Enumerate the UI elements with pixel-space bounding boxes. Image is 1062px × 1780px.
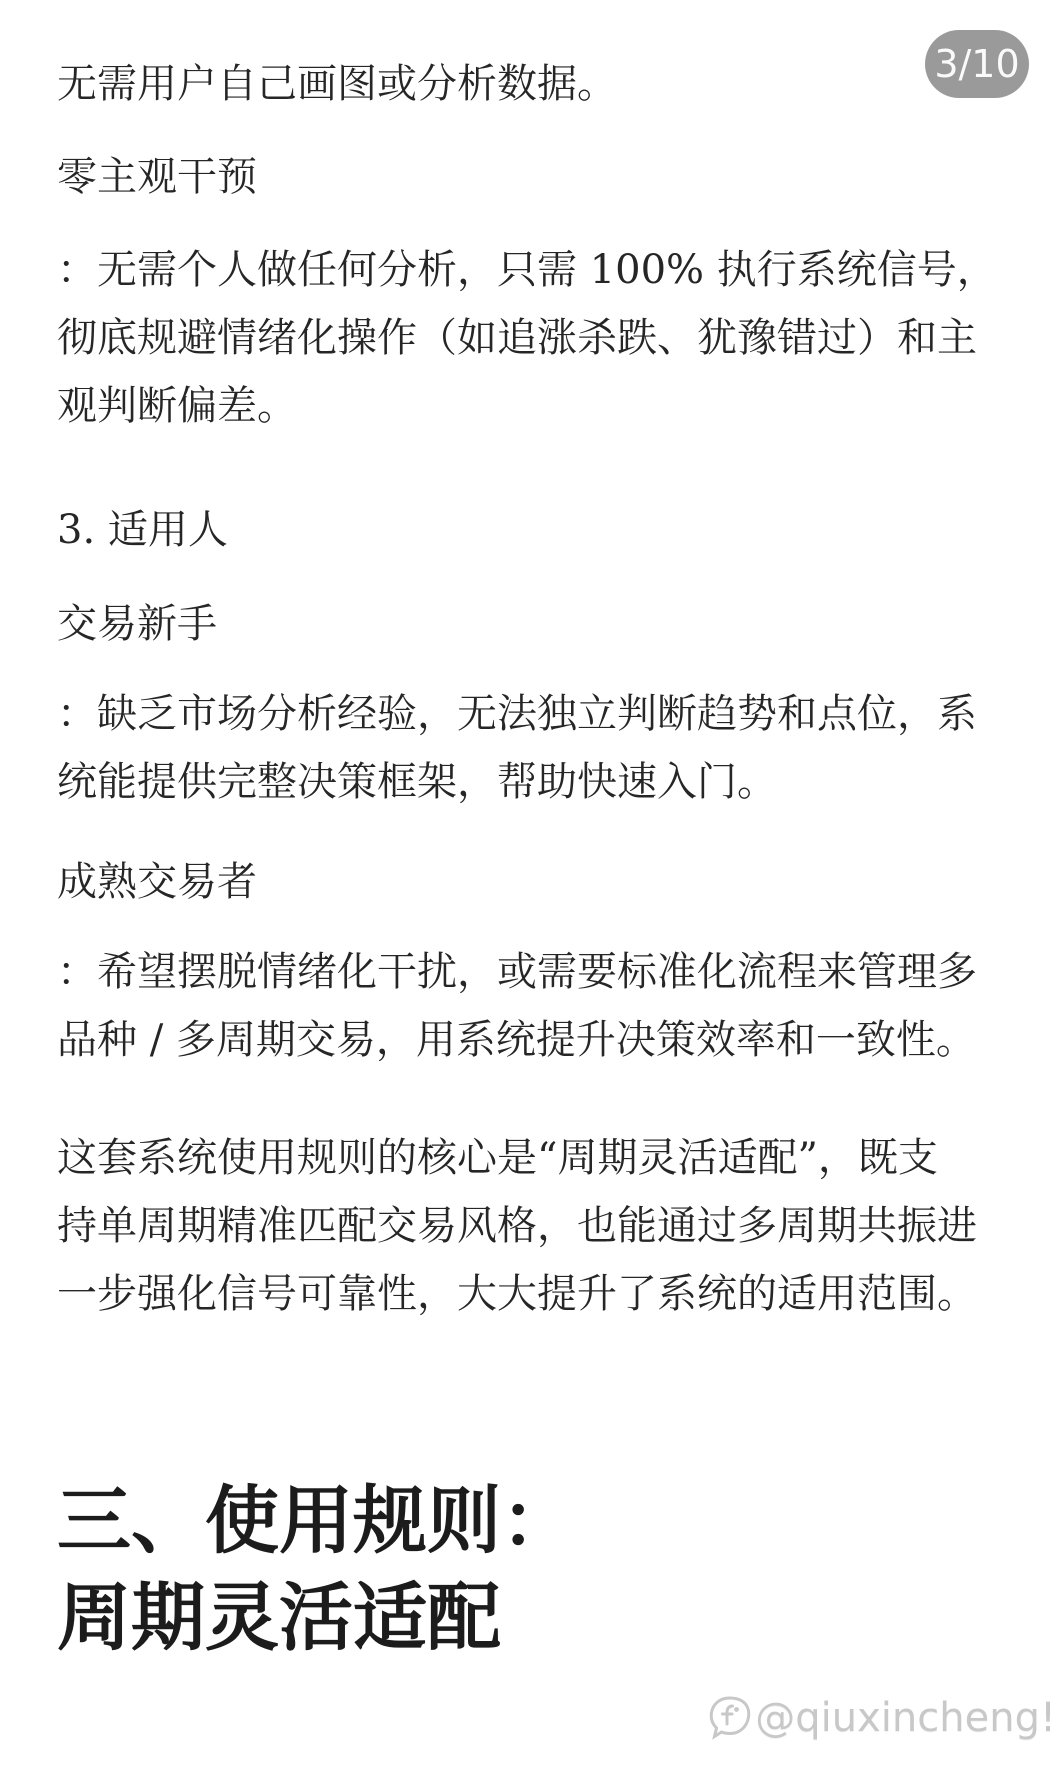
paragraph: ：缺乏市场分析经验，无法独立判断趋势和点位，系 统能提供完整决策框架，帮助快速入… <box>57 680 1005 816</box>
text-line: 零主观干预 <box>57 143 1005 211</box>
watermark-handle: @qiuxincheng! <box>755 1695 1056 1741</box>
text-line: 成熟交易者 <box>57 848 1005 916</box>
heading-line: 周期灵活适配 <box>57 1570 1005 1667</box>
text-line: 一步强化信号可靠性，大大提升了系统的适用范围。 <box>57 1260 1005 1328</box>
text-line: ：希望摆脱情绪化干扰，或需要标准化流程来管理多 <box>57 938 1005 1006</box>
watermark-logo-icon <box>709 1694 751 1742</box>
section-heading: 三、使用规则： 周期灵活适配 <box>57 1473 1005 1667</box>
paragraph: ：无需个人做任何分析，只需 100% 执行系统信号， 彻底规避情绪化操作（如追涨… <box>57 236 1005 440</box>
paragraph: 零主观干预 <box>57 143 1005 211</box>
text-line: ：缺乏市场分析经验，无法独立判断趋势和点位，系 <box>57 680 1005 748</box>
subheading: 3. 适用人 <box>57 496 1005 564</box>
paragraph: 成熟交易者 <box>57 848 1005 916</box>
text-line: 观判断偏差。 <box>57 372 1005 440</box>
text-line: 品种 / 多周期交易，用系统提升决策效率和一致性。 <box>57 1006 1005 1074</box>
paragraph: 这套系统使用规则的核心是“周期灵活适配”，既支 持单周期精准匹配交易风格，也能通… <box>57 1124 1005 1328</box>
text-line: 这套系统使用规则的核心是“周期灵活适配”，既支 <box>57 1124 1005 1192</box>
page-indicator-badge: 3/10 <box>925 30 1029 98</box>
text-line: 无需用户自己画图或分析数据。 <box>57 50 1005 118</box>
paragraph: ：希望摆脱情绪化干扰，或需要标准化流程来管理多 品种 / 多周期交易，用系统提升… <box>57 938 1005 1074</box>
text-line: 彻底规避情绪化操作（如追涨杀跌、犹豫错过）和主 <box>57 304 1005 372</box>
watermark: @qiuxincheng! <box>709 1694 1056 1742</box>
text-line: 统能提供完整决策框架，帮助快速入门。 <box>57 748 1005 816</box>
heading-line: 三、使用规则： <box>57 1473 1005 1570</box>
paragraph: 交易新手 <box>57 590 1005 658</box>
text-line: 交易新手 <box>57 590 1005 658</box>
post-page: 3/10 无需用户自己画图或分析数据。 零主观干预 ：无需个人做任何分析，只需 … <box>0 0 1062 1780</box>
page-content: 无需用户自己画图或分析数据。 零主观干预 ：无需个人做任何分析，只需 100% … <box>0 0 1062 1667</box>
paragraph: 无需用户自己画图或分析数据。 <box>57 50 1005 118</box>
text-line: 3. 适用人 <box>57 496 1005 564</box>
text-line: 持单周期精准匹配交易风格，也能通过多周期共振进 <box>57 1192 1005 1260</box>
text-line: ：无需个人做任何分析，只需 100% 执行系统信号， <box>57 236 1005 304</box>
